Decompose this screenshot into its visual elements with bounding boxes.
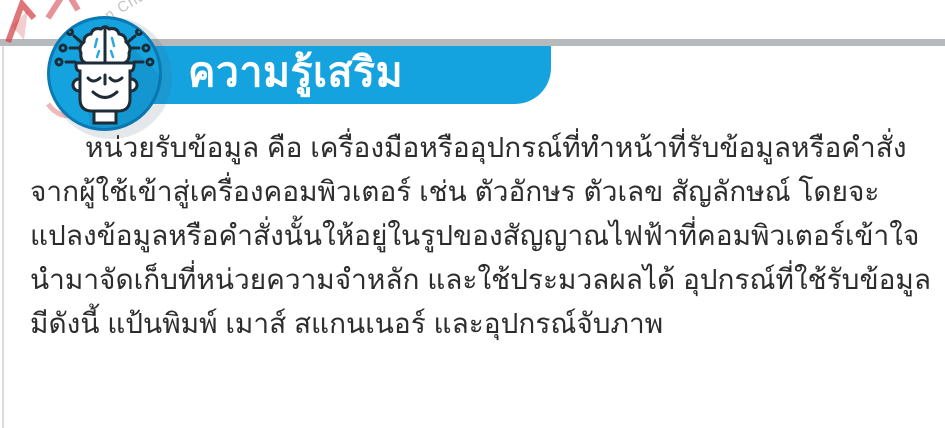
body-line: จากผู้ใช้เข้าสู่เครื่องคอมพิวเตอร์ เช่น … xyxy=(30,170,925,214)
body-line: แปลงข้อมูลหรือคำสั่งนั้นให้อยู่ในรูปของส… xyxy=(30,214,925,258)
textbook-page: n Cha ความรู้เสริม xyxy=(0,0,945,428)
section-banner: ความรู้เสริม xyxy=(118,46,551,104)
open-head-brain-icon xyxy=(42,11,167,136)
section-title: ความรู้เสริม xyxy=(188,40,403,105)
body-line: มีดังนี้ แป้นพิมพ์ เมาส์ สแกนเนอร์ และอุ… xyxy=(30,302,925,346)
body-paragraph: หน่วยรับข้อมูล คือ เครื่องมือหรืออุปกรณ์… xyxy=(30,126,925,346)
body-line: นำมาจัดเก็บที่หน่วยความจำหลัก และใช้ประม… xyxy=(30,258,925,302)
